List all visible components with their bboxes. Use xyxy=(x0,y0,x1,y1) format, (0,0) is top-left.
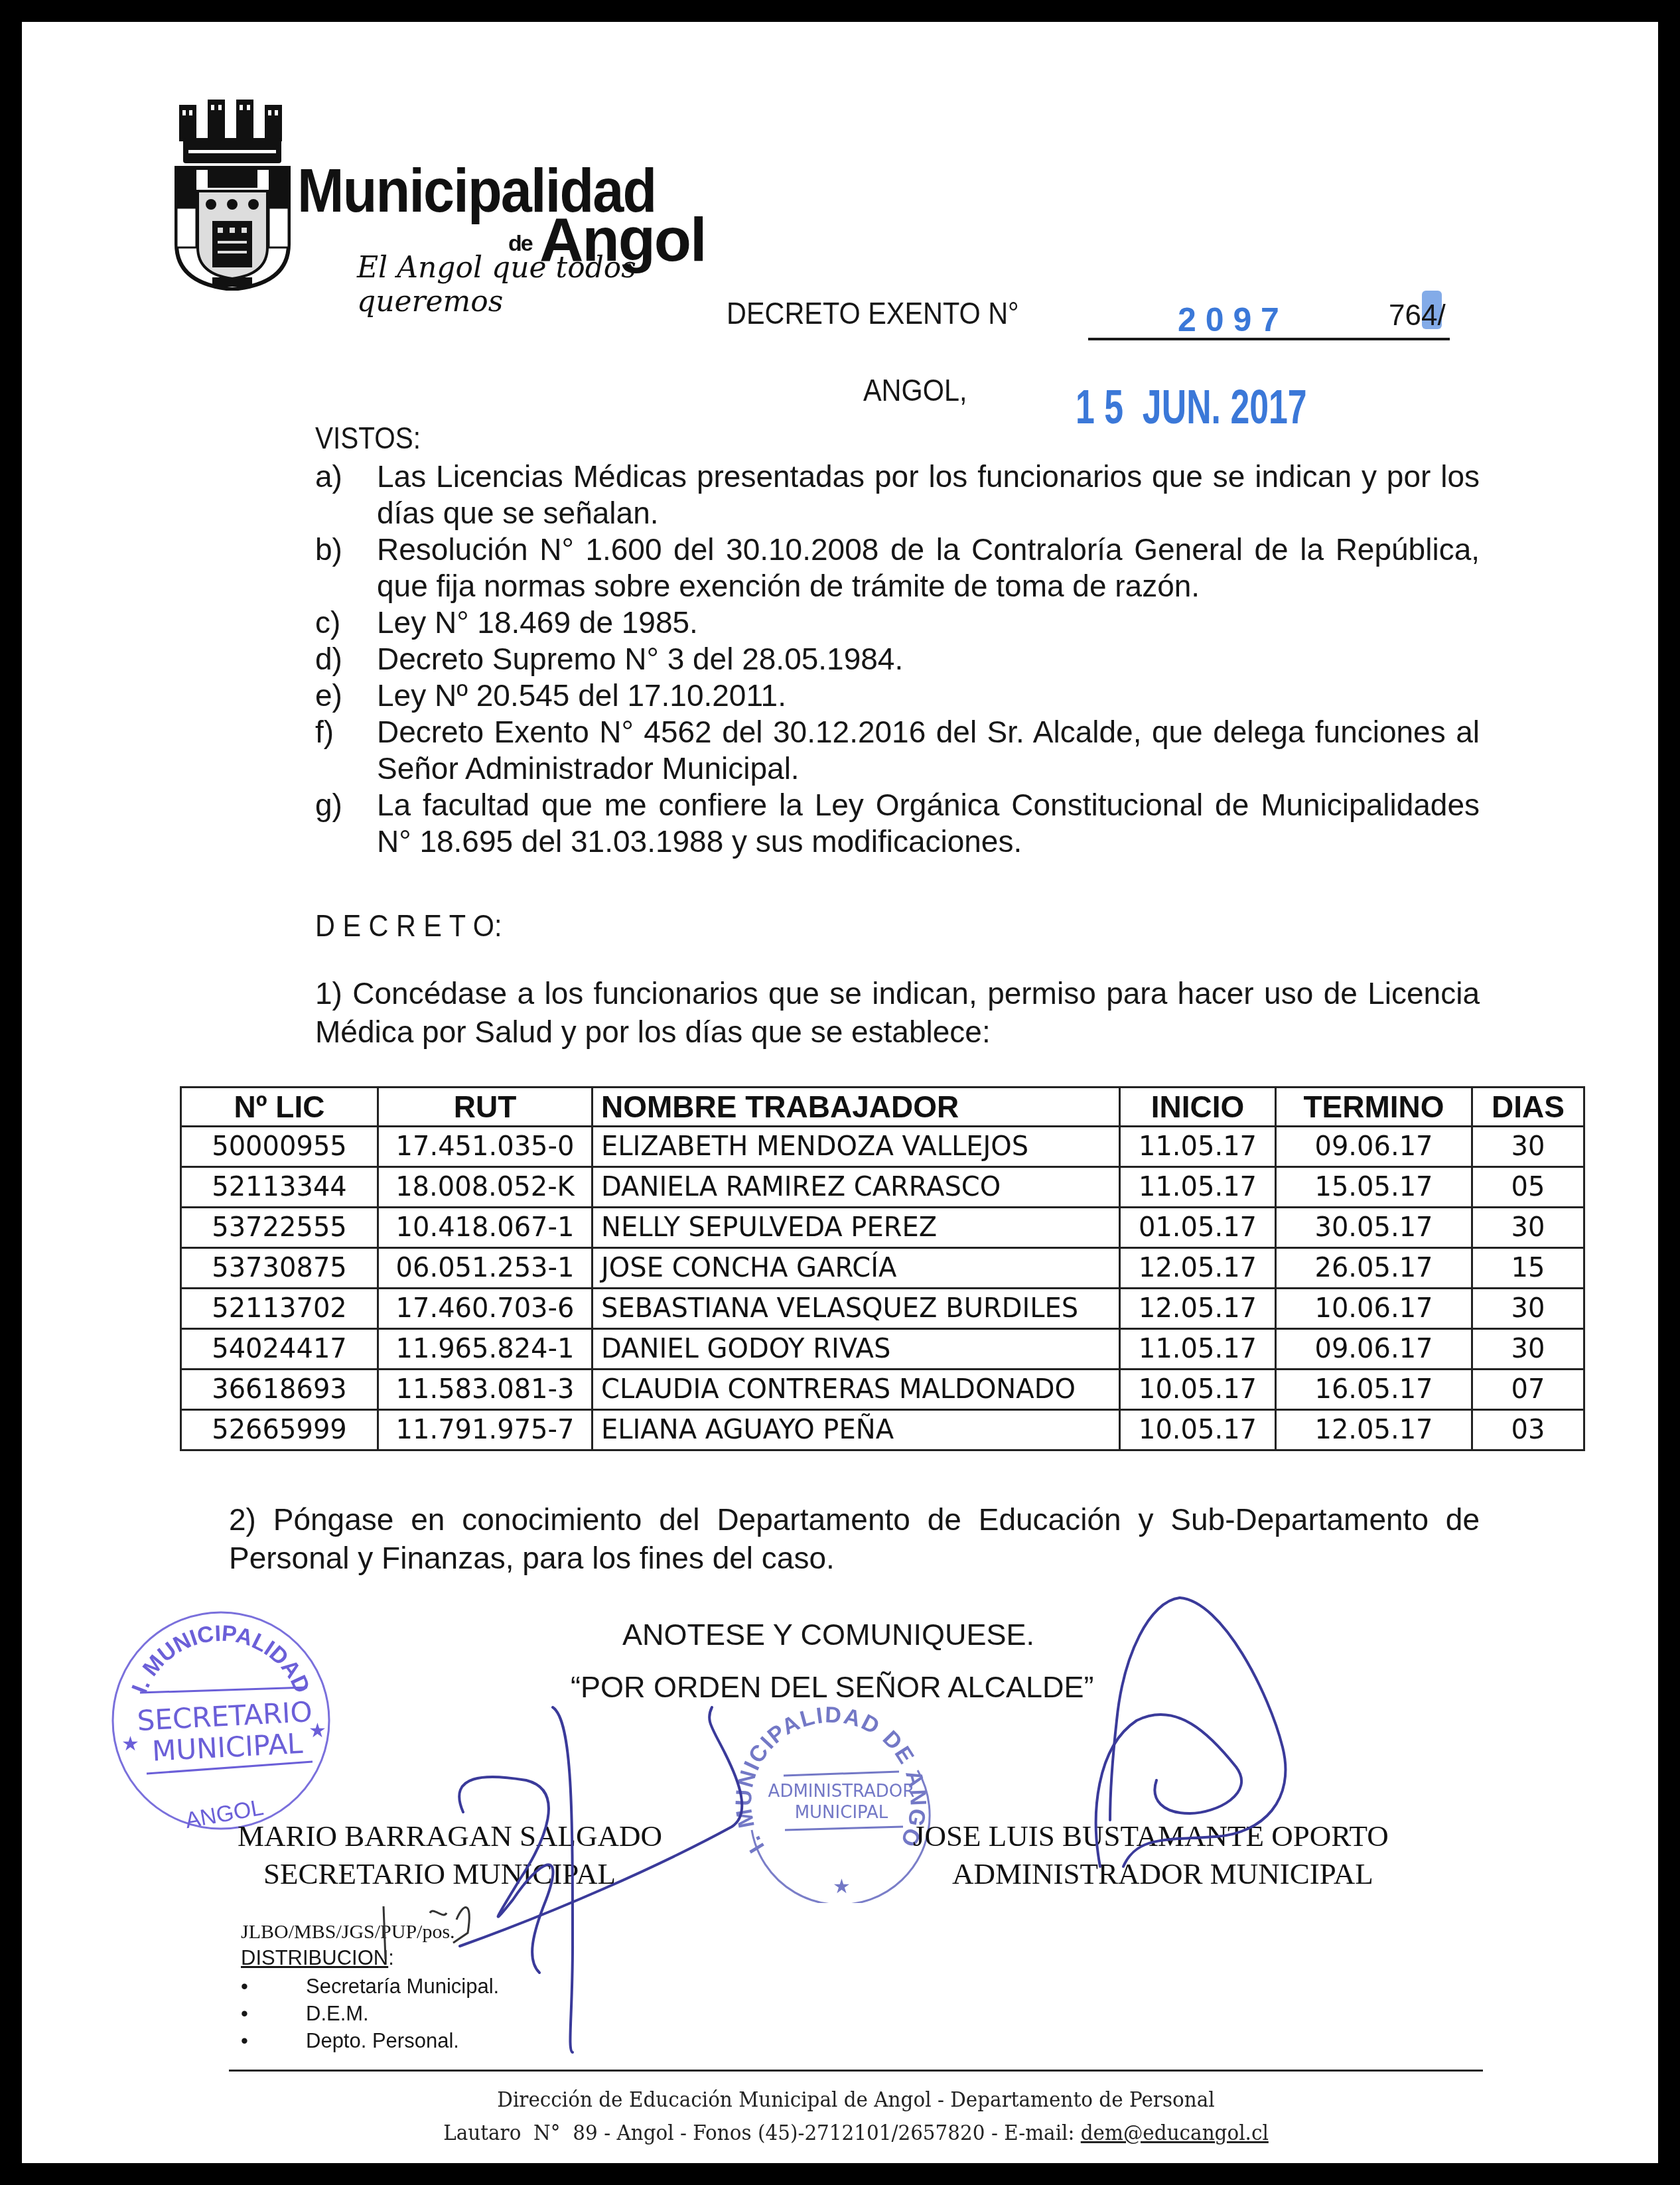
table-header-row: Nº LIC RUT NOMBRE TRABAJADOR INICIO TERM… xyxy=(181,1088,1584,1127)
logo-slogan: El Angol que todos queremos xyxy=(357,251,689,318)
item-letter: e) xyxy=(315,677,342,714)
footer-email-link[interactable]: dem@educangol.cl xyxy=(1081,2120,1269,2145)
footer-rule xyxy=(229,2070,1483,2072)
cell-nombre: DANIEL GODOY RIVAS xyxy=(593,1329,1120,1370)
cell-rut: 17.451.035-0 xyxy=(378,1127,593,1167)
item-text: Ley N° 18.469 de 1985. xyxy=(377,604,1480,641)
cell-lic: 52113344 xyxy=(181,1167,378,1208)
bullet-icon: • xyxy=(241,2000,306,2027)
cell-termino: 12.05.17 xyxy=(1276,1410,1472,1450)
item-text: Las Licencias Médicas presentadas por lo… xyxy=(377,458,1480,531)
svg-text:★: ★ xyxy=(121,1732,139,1756)
medical-leave-table: Nº LIC RUT NOMBRE TRABAJADOR INICIO TERM… xyxy=(180,1086,1585,1451)
vistos-item-g: g) La facultad que me confiere la Ley Or… xyxy=(315,787,1480,860)
cell-nombre: ELIANA AGUAYO PEÑA xyxy=(593,1410,1120,1450)
cell-termino: 09.06.17 xyxy=(1276,1127,1472,1167)
distribution-title: DISTRIBUCION: xyxy=(241,1946,394,1970)
cell-termino: 15.05.17 xyxy=(1276,1167,1472,1208)
item-text: Ley Nº 20.545 del 17.10.2011. xyxy=(377,677,1480,714)
decreto-point-1: 1) Concédase a los funcionarios que se i… xyxy=(315,974,1480,1051)
distribution-item: •Depto. Personal. xyxy=(241,2027,499,2054)
cell-dias: 30 xyxy=(1472,1127,1584,1167)
bullet-icon: • xyxy=(241,2027,306,2054)
table-row: 5266599911.791.975-7ELIANA AGUAYO PEÑA10… xyxy=(181,1410,1584,1450)
document-page: Municipalidad de Angol El Angol que todo… xyxy=(22,22,1658,2163)
cell-termino: 16.05.17 xyxy=(1276,1370,1472,1410)
cell-dias: 05 xyxy=(1472,1167,1584,1208)
municipal-logo: Municipalidad de Angol El Angol que todo… xyxy=(171,85,689,297)
footer-address: Lautaro N° 89 - Angol - Fonos (45)-27121… xyxy=(443,2120,1074,2145)
col-header-rut: RUT xyxy=(378,1088,593,1127)
closing-anotese: ANOTESE Y COMUNIQUESE. xyxy=(622,1618,1034,1652)
decree-number-stamp: 2 0 9 7 xyxy=(1178,301,1279,339)
cell-termino: 10.06.17 xyxy=(1276,1289,1472,1329)
item-letter: g) xyxy=(315,787,342,823)
cell-dias: 07 xyxy=(1472,1370,1584,1410)
cell-nombre: DANIELA RAMIREZ CARRASCO xyxy=(593,1167,1120,1208)
item-text: Resolución N° 1.600 del 30.10.2008 de la… xyxy=(377,531,1480,604)
decreto-title: D E C R E T O: xyxy=(315,908,502,944)
cell-lic: 53722555 xyxy=(181,1208,378,1248)
table-row: 5211334418.008.052-KDANIELA RAMIREZ CARR… xyxy=(181,1167,1584,1208)
cell-inicio: 12.05.17 xyxy=(1120,1248,1276,1289)
table-row: 5373087506.051.253-1JOSE CONCHA GARCÍA12… xyxy=(181,1248,1584,1289)
vistos-item-d: d) Decreto Supremo N° 3 del 28.05.1984. xyxy=(315,641,1480,677)
item-letter: d) xyxy=(315,641,342,677)
decree-internal-number: 764/ xyxy=(1389,299,1446,332)
cell-nombre: NELLY SEPULVEDA PEREZ xyxy=(593,1208,1120,1248)
table-row: 5372255510.418.067-1NELLY SEPULVEDA PERE… xyxy=(181,1208,1584,1248)
cell-lic: 50000955 xyxy=(181,1127,378,1167)
signer-right-name: JOSE LUIS BUSTAMANTE OPORTO xyxy=(913,1819,1389,1853)
cell-rut: 18.008.052-K xyxy=(378,1167,593,1208)
bullet-icon: • xyxy=(241,1973,306,2000)
cell-dias: 30 xyxy=(1472,1289,1584,1329)
item-text: La facultad que me confiere la Ley Orgán… xyxy=(377,787,1480,860)
cell-dias: 03 xyxy=(1472,1410,1584,1450)
cell-lic: 52665999 xyxy=(181,1410,378,1450)
distribution-item-text: Secretaría Municipal. xyxy=(306,1975,499,1998)
vistos-item-b: b) Resolución N° 1.600 del 30.10.2008 de… xyxy=(315,531,1480,604)
signer-right-title: ADMINISTRADOR MUNICIPAL xyxy=(952,1857,1373,1891)
cell-inicio: 11.05.17 xyxy=(1120,1329,1276,1370)
cell-termino: 30.05.17 xyxy=(1276,1208,1472,1248)
decreto-point-2: 2) Póngase en conocimiento del Departame… xyxy=(229,1500,1480,1577)
decree-label: DECRETO EXENTO N° xyxy=(727,295,1019,331)
svg-text:★: ★ xyxy=(309,1719,326,1742)
item-letter: f) xyxy=(315,714,334,750)
distribution-item: •D.E.M. xyxy=(241,2000,499,2027)
footer-line-2: Lautaro N° 89 - Angol - Fonos (45)-27121… xyxy=(279,2120,1433,2145)
cell-rut: 10.418.067-1 xyxy=(378,1208,593,1248)
cell-nombre: JOSE CONCHA GARCÍA xyxy=(593,1248,1120,1289)
col-header-termino: TERMINO xyxy=(1276,1088,1472,1127)
cell-lic: 52113702 xyxy=(181,1289,378,1329)
svg-text:MUNICIPAL: MUNICIPAL xyxy=(795,1803,888,1823)
vistos-item-a: a) Las Licencias Médicas presentadas por… xyxy=(315,458,1480,531)
reference-initials: JLBO/MBS/JGS/PUP/pos. xyxy=(241,1921,455,1943)
cell-rut: 06.051.253-1 xyxy=(378,1248,593,1289)
cell-inicio: 10.05.17 xyxy=(1120,1370,1276,1410)
item-text: Decreto Supremo N° 3 del 28.05.1984. xyxy=(377,641,1480,677)
cell-dias: 30 xyxy=(1472,1329,1584,1370)
item-text: Decreto Exento N° 4562 del 30.12.2016 de… xyxy=(377,714,1480,787)
signer-left-title: SECRETARIO MUNICIPAL xyxy=(263,1857,616,1891)
table-row: 5211370217.460.703-6SEBASTIANA VELASQUEZ… xyxy=(181,1289,1584,1329)
item-letter: c) xyxy=(315,604,340,641)
distribution-item-text: Depto. Personal. xyxy=(306,2029,459,2052)
vistos-title: VISTOS: xyxy=(315,420,421,456)
cell-nombre: SEBASTIANA VELASQUEZ BURDILES xyxy=(593,1289,1120,1329)
cell-dias: 15 xyxy=(1472,1248,1584,1289)
cell-inicio: 10.05.17 xyxy=(1120,1410,1276,1450)
secretario-municipal-stamp: I. MUNICIPALIDAD SECRETARIO MUNICIPAL ★ … xyxy=(108,1608,334,1833)
signer-left-name: MARIO BARRAGAN SALGADO xyxy=(238,1819,662,1853)
table-row: 3661869311.583.081-3CLAUDIA CONTRERAS MA… xyxy=(181,1370,1584,1410)
distribution-colon: : xyxy=(388,1946,394,1969)
table-row: 5000095517.451.035-0ELIZABETH MENDOZA VA… xyxy=(181,1127,1584,1167)
cell-termino: 26.05.17 xyxy=(1276,1248,1472,1289)
cell-rut: 11.965.824-1 xyxy=(378,1329,593,1370)
date-stamp: 1 5 JUN. 2017 xyxy=(1076,380,1307,435)
vistos-item-c: c) Ley N° 18.469 de 1985. xyxy=(315,604,1480,641)
col-header-nombre: NOMBRE TRABAJADOR xyxy=(593,1088,1120,1127)
cell-rut: 11.583.081-3 xyxy=(378,1370,593,1410)
footer-line-1: Dirección de Educación Municipal de Ango… xyxy=(279,2087,1433,2112)
item-letter: a) xyxy=(315,458,342,495)
cell-termino: 09.06.17 xyxy=(1276,1329,1472,1370)
col-header-inicio: INICIO xyxy=(1120,1088,1276,1127)
cell-inicio: 11.05.17 xyxy=(1120,1127,1276,1167)
item-letter: b) xyxy=(315,531,342,568)
cell-rut: 17.460.703-6 xyxy=(378,1289,593,1329)
distribution-item: •Secretaría Municipal. xyxy=(241,1973,499,2000)
distribution-title-text: DISTRIBUCION xyxy=(241,1946,388,1969)
cell-lic: 54024417 xyxy=(181,1329,378,1370)
cell-nombre: CLAUDIA CONTRERAS MALDONADO xyxy=(593,1370,1120,1410)
cell-nombre: ELIZABETH MENDOZA VALLEJOS xyxy=(593,1127,1120,1167)
cell-rut: 11.791.975-7 xyxy=(378,1410,593,1450)
col-header-lic: Nº LIC xyxy=(181,1088,378,1127)
table-row: 5402441711.965.824-1DANIEL GODOY RIVAS11… xyxy=(181,1329,1584,1370)
vistos-item-f: f) Decreto Exento N° 4562 del 30.12.2016… xyxy=(315,714,1480,787)
vistos-item-e: e) Ley Nº 20.545 del 17.10.2011. xyxy=(315,677,1480,714)
svg-text:★: ★ xyxy=(833,1875,851,1898)
administrador-municipal-stamp: I. MUNICIPALIDAD DE ANGOL ADMINISTRADOR … xyxy=(725,1691,938,1903)
cell-inicio: 12.05.17 xyxy=(1120,1289,1276,1329)
cell-dias: 30 xyxy=(1472,1208,1584,1248)
cell-lic: 53730875 xyxy=(181,1248,378,1289)
coat-of-arms-icon xyxy=(171,85,294,291)
stamp-ring-text-top: I. MUNICIPALIDAD xyxy=(127,1621,315,1697)
distribution-list: •Secretaría Municipal. •D.E.M. •Depto. P… xyxy=(241,1973,499,2054)
svg-text:ADMINISTRADOR: ADMINISTRADOR xyxy=(768,1782,915,1801)
cell-inicio: 01.05.17 xyxy=(1120,1208,1276,1248)
city-label: ANGOL, xyxy=(863,372,967,408)
cell-lic: 36618693 xyxy=(181,1370,378,1410)
col-header-dias: DIAS xyxy=(1472,1088,1584,1127)
distribution-item-text: D.E.M. xyxy=(306,2002,369,2025)
cell-inicio: 11.05.17 xyxy=(1120,1167,1276,1208)
